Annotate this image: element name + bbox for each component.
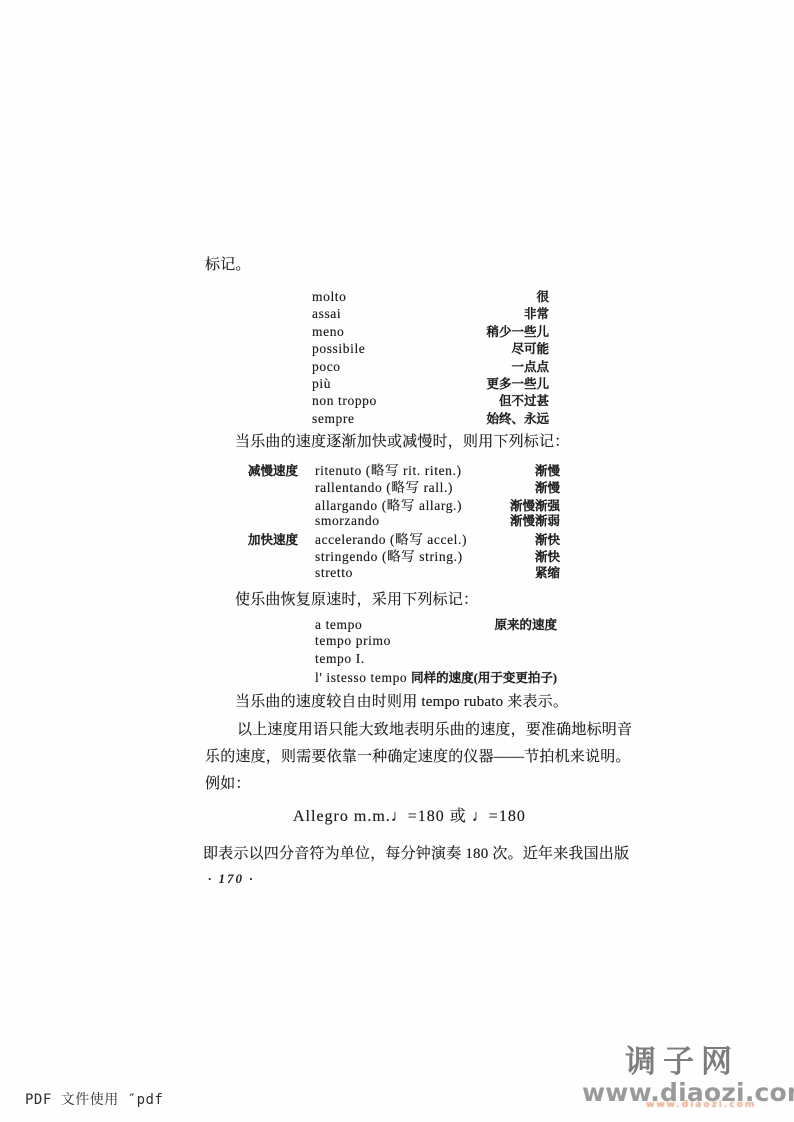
pdf-notice-text: PDF 文件使用 ″pdf xyxy=(25,1089,163,1109)
term-text: meno xyxy=(312,324,344,340)
opening-line: 标记。 xyxy=(205,253,251,274)
table-row: molto 很 xyxy=(312,287,549,304)
table-row: assai 非常 xyxy=(312,304,549,321)
term-text: smorzando xyxy=(315,513,510,529)
gradual-tempo-intro: 当乐曲的速度逐渐加快或减慢时，则用下列标记： xyxy=(235,430,569,451)
table-row: meno 稍少一些儿 xyxy=(312,322,549,339)
watermark-site-name: 调子网 xyxy=(582,1046,782,1079)
table-row: 加快速度 accelerando (略写 accel.) 渐快 xyxy=(248,528,560,545)
table-row: l' istesso tempo 同样的速度(用于变更拍子) xyxy=(315,668,557,686)
term-text: sempre xyxy=(312,411,355,427)
meaning-text: 渐慢 xyxy=(535,461,560,479)
table-row: più 更多一些儿 xyxy=(312,374,549,391)
table-row: 减慢速度 ritenuto (略写 rit. riten.) 渐慢 xyxy=(248,459,560,476)
meaning-text: 但不过甚 xyxy=(499,391,549,409)
term-text: assai xyxy=(312,306,341,322)
resume-terms-table: a tempo 原来的速度 tempo primo tempo I. l' is… xyxy=(315,615,557,686)
watermark-overlay-text: www.diaozi.com xyxy=(646,1100,756,1110)
meaning-text: 渐慢 xyxy=(535,478,560,496)
tempo-example-line: Allegro m.m.♩=180 或 ♩=180 xyxy=(293,803,526,826)
term-text: l' istesso tempo xyxy=(315,670,407,686)
table-row: sempre 始终、永远 xyxy=(312,409,549,426)
page-number: · 170 · xyxy=(208,871,255,887)
table-row: a tempo 原来的速度 xyxy=(315,615,557,633)
term-text: poco xyxy=(312,359,341,375)
meaning-text: 渐慢渐弱 xyxy=(510,511,560,529)
closing-line: 即表示以四分音符为单位，每分钟演奏 180 次。近年来我国出版 xyxy=(203,842,629,863)
table-row: allargando (略写 allarg.) 渐慢渐强 xyxy=(248,494,560,511)
term-text: molto xyxy=(312,289,347,305)
table-row: non troppo 但不过甚 xyxy=(312,391,549,408)
resume-tempo-intro: 使乐曲恢复原速时，采用下列标记： xyxy=(235,588,478,609)
term-text: più xyxy=(312,376,331,392)
meaning-text: 一点点 xyxy=(511,357,549,375)
meaning-text: 非常 xyxy=(524,304,549,322)
metronome-paragraph-line3: 例如： xyxy=(205,772,251,793)
meaning-text: 更多一些儿 xyxy=(486,374,549,392)
term-text: stringendo (略写 string.) xyxy=(315,545,535,565)
meaning-text: 同样的速度(用于变更拍子) xyxy=(411,668,557,686)
table-row: possibile 尽可能 xyxy=(312,339,549,356)
gradual-terms-table: 减慢速度 ritenuto (略写 rit. riten.) 渐慢 rallen… xyxy=(248,459,560,580)
term-text: allargando (略写 allarg.) xyxy=(315,494,510,514)
table-row: smorzando 渐慢渐弱 xyxy=(248,511,560,528)
meaning-text: 很 xyxy=(536,287,549,305)
meaning-text: 始终、永远 xyxy=(486,409,549,427)
table-row: stretto 紧缩 xyxy=(248,563,560,580)
rubato-line: 当乐曲的速度较自由时则用 tempo rubato 来表示。 xyxy=(235,690,568,711)
category-label: 减慢速度 xyxy=(248,461,315,479)
term-text: tempo primo xyxy=(315,633,391,649)
meaning-text: 尽可能 xyxy=(511,339,549,357)
metronome-paragraph-line2: 乐的速度，则需要依靠一种确定速度的仪器——节拍机来说明。 xyxy=(205,745,631,766)
meaning-text: 渐快 xyxy=(535,530,560,548)
term-text: a tempo xyxy=(315,617,362,633)
site-watermark: 调子网 www.diaozi.com xyxy=(582,1046,782,1106)
meaning-text: 稍少一些儿 xyxy=(486,322,549,340)
scanned-book-page: 标记。 molto 很 assai 非常 meno 稍少一些儿 possibil… xyxy=(0,0,794,1122)
table-row: tempo I. xyxy=(315,651,557,669)
term-text: tempo I. xyxy=(315,651,365,667)
table-row: poco 一点点 xyxy=(312,357,549,374)
modifier-terms-table: molto 很 assai 非常 meno 稍少一些儿 possibile 尽可… xyxy=(312,287,549,426)
table-row: tempo primo xyxy=(315,633,557,651)
term-text: non troppo xyxy=(312,393,377,409)
metronome-paragraph-line1: 以上速度用语只能大致地表明乐曲的速度，要准确地标明音 xyxy=(237,718,632,739)
term-text: possibile xyxy=(312,341,365,357)
category-label: 加快速度 xyxy=(248,530,315,548)
term-text: stretto xyxy=(315,565,535,581)
meaning-text: 原来的速度 xyxy=(494,615,557,633)
meaning-text: 紧缩 xyxy=(535,563,560,581)
